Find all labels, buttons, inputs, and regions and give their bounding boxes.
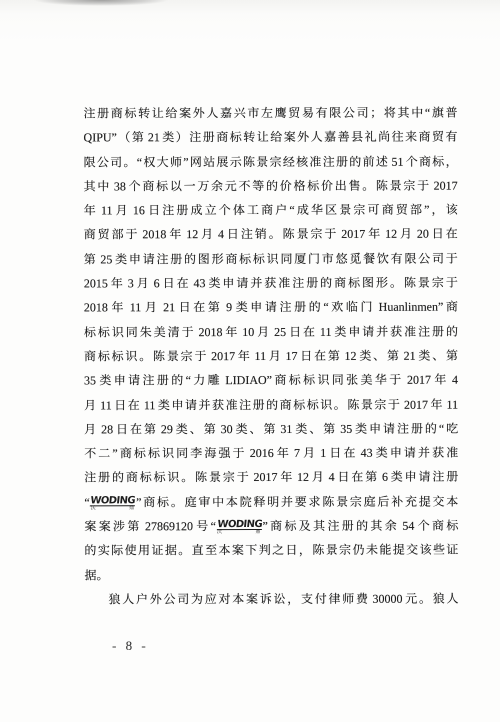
text-line: 商贸部于 2018 年 12 月 4 日注销。陈景宗于 2017 年 12 月 …	[84, 222, 458, 247]
text-line-with-logo: “WODING沃鼎”商标。庭审中本院释明并要求陈景宗庭后补充提交本	[84, 489, 458, 514]
text-line: 据。	[84, 562, 458, 587]
woding-logo-word: WODING	[90, 496, 136, 506]
text-line: 的实际使用证据。直至本案下判之日，陈景宗仍未能提交该些证	[84, 538, 458, 563]
woding-trademark-logo: WODING沃鼎	[91, 496, 136, 511]
scanned-document-page: 注册商标转让给案外人嘉兴市左鹰贸易有限公司；将其中“旗普 QIPU”（第 21 …	[0, 0, 500, 722]
text-line: 其中 38 个商标以一万余元不等的价格标价出售。陈景宗于 2017	[84, 173, 458, 198]
text-line: 月 28 日在第 29 类、第 30 类、第 31 类、第 35 类申请注册的“…	[84, 416, 458, 441]
text-line: 2018 年 11 月 21 日在第 9 类申请注册的“欢临门 Huanlinm…	[84, 295, 458, 320]
text-line: 年 11 月 16 日注册成立个体工商户“成华区景宗可商贸部”，该	[84, 198, 458, 223]
text-line: 35 类申请注册的“力雕 LIDIAO”商标标识同张美华于 2017 年 4	[84, 368, 458, 393]
woding-logo-word: WODING	[216, 520, 262, 530]
text-line-paragraph-start: 狼人户外公司为应对本案诉讼，支付律师费 30000 元。狼人	[84, 587, 458, 612]
scan-shadow-artifact	[22, 0, 180, 7]
woding-logo-chinese: 沃鼎	[91, 506, 136, 511]
text-line: 第 25 类申请注册的图形商标标识同厦门市悠觅餐饮有限公司于	[84, 246, 458, 271]
text-line: 月 11 日在 11 类申请并获准注册的商标标识。陈景宗于 2017 年 11	[84, 392, 458, 417]
text-line: 限公司。“权大师”网站展示陈景宗经核准注册的前述 51 个商标，	[84, 149, 458, 174]
text-line: 注册的商标标识。陈景宗于 2017 年 12 月 4 日在第 6 类申请注册	[84, 465, 458, 490]
woding-logo-chinese: 沃鼎	[217, 530, 262, 535]
text-segment: 案案涉第 27869120 号“	[84, 519, 216, 533]
text-line-with-logo: 案案涉第 27869120 号“WODING沃鼎”商标及其注册的其余 54 个商…	[84, 514, 458, 539]
text-line: 注册商标转让给案外人嘉兴市左鹰贸易有限公司；将其中“旗普	[83, 101, 457, 126]
text-segment: ”商标及其注册的其余 54 个商标	[262, 519, 458, 533]
body-text: 注册商标转让给案外人嘉兴市左鹰贸易有限公司；将其中“旗普 QIPU”（第 21 …	[83, 101, 458, 612]
text-segment: ”商标。庭审中本院释明并要求陈景宗庭后补充提交本	[136, 494, 458, 509]
text-line: QIPU”（第 21 类）注册商标转让给案外人嘉善县礼尚往来商贸有	[84, 125, 458, 150]
woding-trademark-logo: WODING沃鼎	[217, 520, 262, 535]
text-line: 标标识同朱美清于 2018 年 10 月 25 日在 11 类申请并获准注册的	[84, 319, 458, 344]
text-line: 2015 年 3 月 6 日在 43 类申请并获准注册的商标图形。陈景宗于	[84, 271, 458, 296]
text-line: 商标标识。陈景宗于 2017 年 11 月 17 日在第 12 类、第 21 类…	[84, 344, 458, 369]
text-line: 不二”商标标识同李海强于 2016 年 7 月 1 日在 43 类申请并获准	[84, 441, 458, 466]
page-number: - 8 -	[112, 638, 149, 654]
text-segment: “	[84, 495, 89, 509]
